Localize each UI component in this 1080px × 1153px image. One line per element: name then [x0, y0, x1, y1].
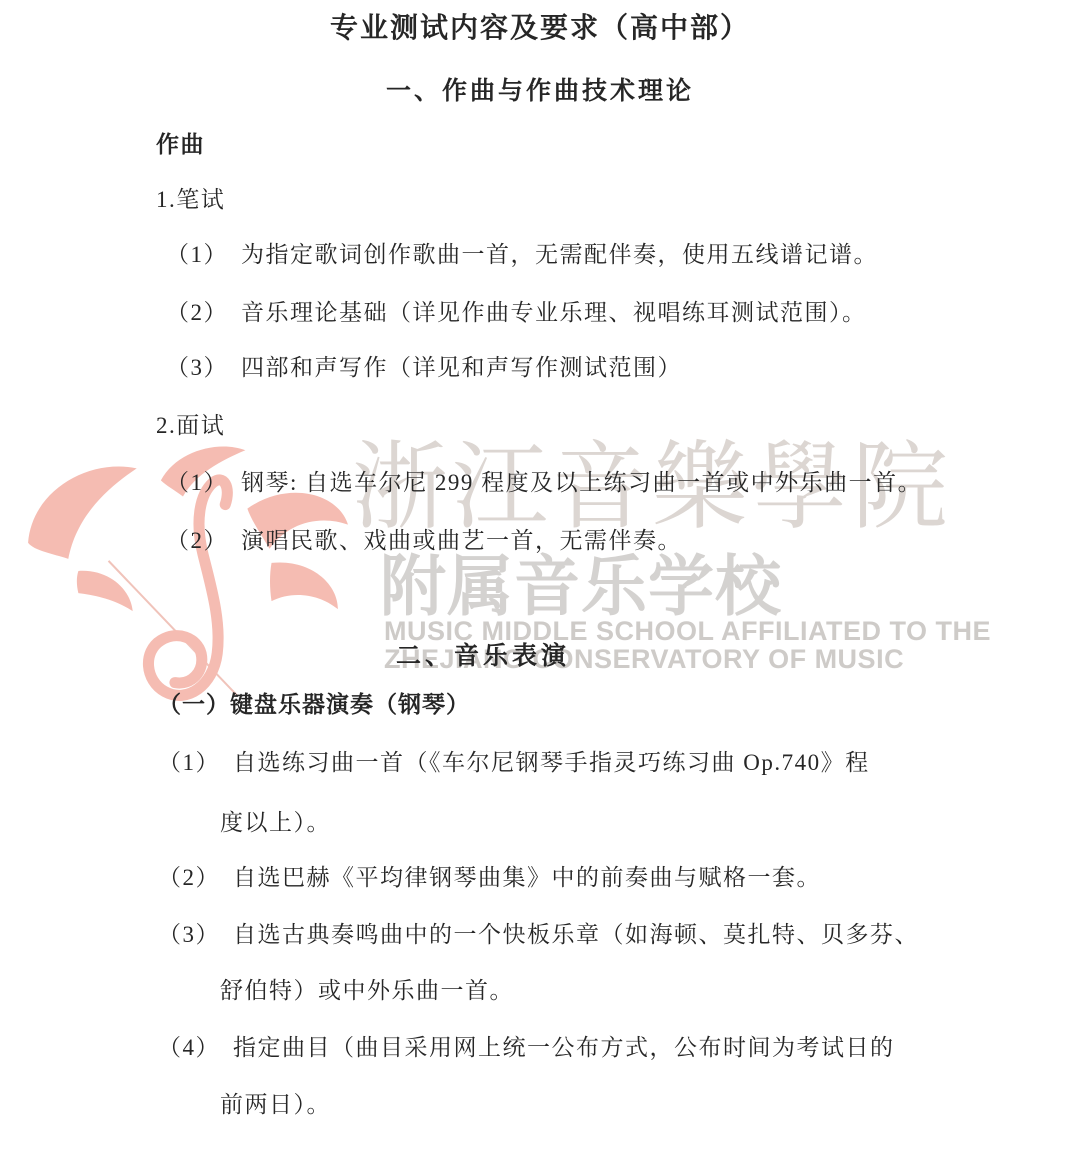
written-item-2: （2） 音乐理论基础（详见作曲专业乐理、视唱练耳测试范围）。: [166, 298, 867, 328]
written-item-3: （3） 四部和声写作（详见和声写作测试范围）: [166, 353, 682, 383]
composition-label: 作曲: [156, 130, 205, 160]
watermark-school-name-cn: 附属音乐学校: [380, 548, 782, 624]
performance-item-4-line-2: 前两日）。: [220, 1090, 331, 1120]
document-title: 专业测试内容及要求（高中部）: [0, 6, 1080, 46]
performance-item-1-line-1: （1） 自选练习曲一首（《车尔尼钢琴手指灵巧练习曲 Op.740》程: [158, 748, 870, 778]
section1-heading: 一、作曲与作曲技术理论: [0, 71, 1080, 107]
section2-heading: 二、音乐表演: [396, 636, 570, 672]
interview-item-2: （2） 演唱民歌、戏曲或曲艺一首，无需伴奏。: [166, 526, 682, 556]
subsection1-heading: （一）键盘乐器演奏（钢琴）: [158, 690, 470, 720]
performance-item-4-line-1: （4） 指定曲目（曲目采用网上统一公布方式，公布时间为考试日的: [158, 1033, 895, 1063]
performance-item-1-line-2: 度以上）。: [220, 808, 331, 838]
document-page: 浙江音樂學院 附属音乐学校 MUSIC MIDDLE SCHOOL AFFILI…: [0, 0, 1080, 1153]
written-item-1: （1） 为指定歌词创作歌曲一首，无需配伴奏，使用五线谱记谱。: [166, 240, 878, 270]
performance-item-3-line-2: 舒伯特）或中外乐曲一首。: [220, 976, 514, 1006]
interview-label: 2.面试: [156, 411, 225, 441]
performance-item-2: （2） 自选巴赫《平均律钢琴曲集》中的前奏曲与赋格一套。: [158, 863, 821, 893]
performance-item-3-line-1: （3） 自选古典奏鸣曲中的一个快板乐章（如海顿、莫扎特、贝多芬、: [158, 920, 919, 950]
interview-item-1: （1） 钢琴: 自选车尔尼 299 程度及以上练习曲一首或中外乐曲一首。: [166, 468, 922, 498]
written-test-label: 1.笔试: [156, 185, 225, 215]
watermark-layer: 浙江音樂學院 附属音乐学校 MUSIC MIDDLE SCHOOL AFFILI…: [0, 0, 1080, 1153]
